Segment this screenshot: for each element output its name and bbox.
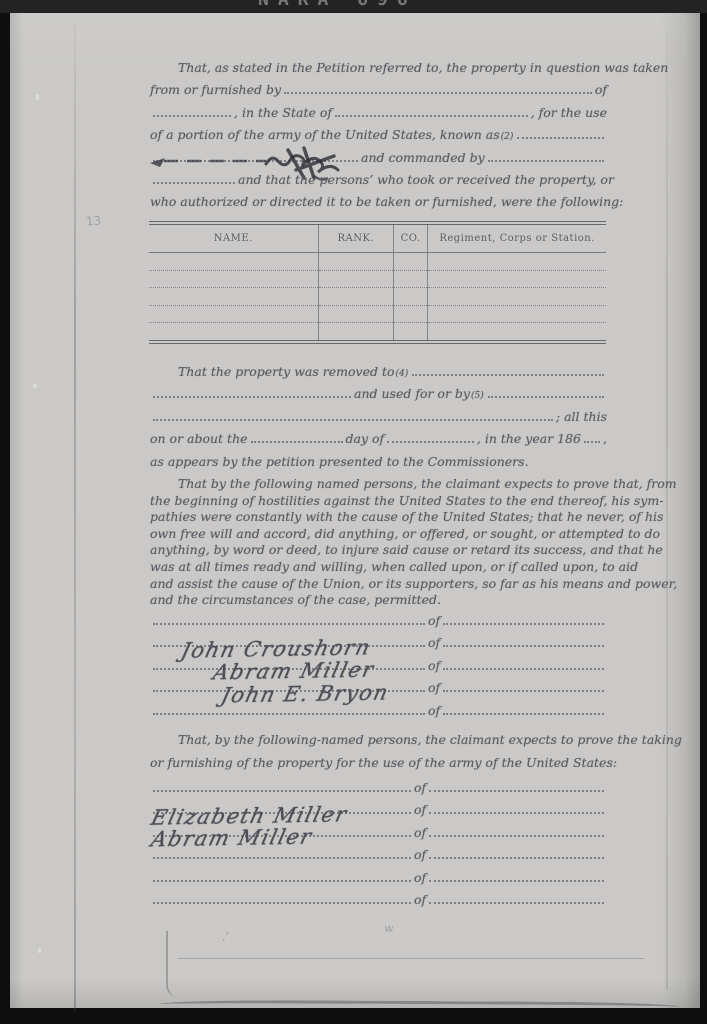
form-line: That, as stated in the Petition referred…: [150, 60, 607, 82]
blank-line: [251, 441, 343, 443]
loyalty-witness-list: of John Croushorn of Abram Miller of Joh…: [150, 613, 607, 725]
witness-line: of: [150, 780, 607, 802]
witness-line: of: [150, 870, 607, 892]
paragraph-property-taken: That, as stated in the Petition referred…: [150, 60, 607, 217]
printed-text: , for the use: [531, 105, 607, 120]
form-line: and assist the cause of the Union, or it…: [150, 576, 607, 593]
table-header-row: NAME. RANK. CO. Regiment, Corps or Stati…: [149, 223, 606, 253]
table-cell: [318, 323, 393, 342]
blank-line: [153, 645, 425, 647]
printed-text: of: [414, 825, 426, 840]
printed-text: and that the persons’ who took or receiv…: [238, 172, 614, 187]
blank-line: [443, 690, 604, 692]
blank-line: [153, 835, 411, 837]
form-line: and used for or by (5): [150, 386, 607, 408]
printed-text: and assist the cause of the Union, or it…: [150, 576, 677, 591]
table-cell: [318, 253, 393, 271]
microfilm-id-text: NARA 696: [258, 0, 417, 10]
paragraph-loyalty: That by the following named persons, the…: [150, 476, 607, 609]
printed-text: of a portion of the army of the United S…: [150, 127, 500, 142]
table-cell: [393, 323, 427, 342]
printed-text: of: [428, 680, 440, 695]
blank-line: [488, 160, 604, 162]
blank-line: [153, 623, 425, 625]
blank-line: [153, 790, 411, 792]
pencil-mark: w: [384, 922, 393, 935]
column-header-regiment: Regiment, Corps or Station.: [428, 223, 606, 253]
blank-line: [387, 441, 474, 443]
blank-line: [284, 92, 592, 94]
blank-line: [429, 790, 604, 792]
witness-line: John Croushorn of: [150, 635, 607, 657]
table-cell: [393, 305, 427, 323]
printed-text: or furnishing of the property for the us…: [150, 755, 617, 770]
form-line: own free will and accord, did anything, …: [150, 526, 607, 543]
table-row: [149, 270, 606, 288]
blank-line: [584, 441, 600, 443]
printed-text: of: [414, 802, 426, 817]
form-line: or furnishing of the property for the us…: [150, 755, 607, 778]
blank-line: [153, 396, 351, 398]
witness-line: John E. Bryon of: [150, 680, 607, 702]
footnote-ref: (2): [501, 132, 514, 142]
table-row: [149, 323, 606, 342]
blank-line: [429, 880, 604, 882]
table-cell: [149, 305, 318, 323]
witness-line: Elizabeth Miller of: [150, 802, 607, 824]
printed-text: who authorized or directed it to be take…: [150, 194, 623, 209]
form-line: as appears by the petition presented to …: [150, 454, 607, 476]
table-cell: [393, 253, 427, 271]
blank-line: [488, 396, 604, 398]
printed-text: on or about the: [150, 431, 248, 446]
form-line: pathies were constantly with the cause o…: [150, 509, 607, 526]
blank-line: [153, 812, 411, 814]
microfilm-header-band: NARA 696: [0, 0, 707, 13]
witness-line: of: [150, 613, 607, 635]
form-line: from or furnished by of: [150, 82, 607, 104]
column-header-name: NAME.: [149, 223, 318, 253]
printed-text: and commanded by: [361, 150, 485, 165]
table-cell: [318, 288, 393, 306]
table-cell: [428, 305, 606, 323]
table-row: [149, 288, 606, 306]
form-line: was at all times ready and willing, when…: [150, 559, 607, 576]
table-cell: [428, 323, 606, 342]
blank-line: [429, 812, 604, 814]
form-line: and that the persons’ who took or receiv…: [150, 172, 607, 194]
printed-text: day of: [346, 431, 385, 446]
witness-line: Abram Miller of: [150, 658, 607, 680]
page-corner-curve: [166, 931, 178, 997]
table-cell: [428, 270, 606, 288]
table-cell: [149, 288, 318, 306]
printed-text: as appears by the petition presented to …: [150, 454, 529, 469]
blank-line: [517, 137, 604, 139]
printed-text: of: [414, 847, 426, 862]
film-speck: [38, 948, 41, 953]
persons-table: NAME. RANK. CO. Regiment, Corps or Stati…: [149, 221, 606, 344]
printed-text: own free will and accord, did anything, …: [150, 526, 660, 541]
paragraph-property-removed: That the property was removed to (4) and…: [150, 364, 607, 476]
blank-line: [443, 713, 604, 715]
printed-text: of: [595, 82, 607, 97]
printed-text: of: [428, 635, 440, 650]
blank-line: [429, 857, 604, 859]
blank-line: [412, 374, 604, 376]
blank-line: [335, 115, 528, 117]
blank-line: [443, 623, 604, 625]
blank-line: [429, 902, 604, 904]
form-line: That the property was removed to (4): [150, 364, 607, 386]
column-header-co: CO.: [393, 223, 427, 253]
film-speck: [36, 94, 39, 100]
blank-line: [429, 835, 604, 837]
printed-text: and used for or by: [354, 386, 470, 401]
form-line: That, by the following-named persons, th…: [150, 732, 607, 755]
paragraph-taking-witnesses: That, by the following-named persons, th…: [150, 732, 607, 778]
printed-text: of: [428, 703, 440, 718]
margin-mark: 13: [86, 213, 102, 228]
table-cell: [149, 253, 318, 271]
taking-witness-list: of Elizabeth Miller of Abram Miller of o…: [150, 780, 607, 914]
page-crease-left: [74, 26, 76, 1011]
printed-text: the beginning of hostilities against the…: [150, 493, 663, 508]
witness-line: of: [150, 847, 607, 869]
blank-line: [153, 857, 411, 859]
blank-line: [153, 713, 425, 715]
witness-line: Abram Miller of: [150, 825, 607, 847]
blank-line: [153, 902, 411, 904]
blank-line: [153, 182, 235, 184]
table-cell: [318, 270, 393, 288]
printed-text: was at all times ready and willing, when…: [150, 559, 638, 574]
page-bottom-edge: [160, 1000, 680, 1012]
blank-line: [153, 115, 231, 117]
footnote-ref: (4): [396, 369, 409, 379]
printed-text: , in the State of: [234, 105, 332, 120]
witness-line: of: [150, 892, 607, 914]
printed-text: pathies were constantly with the cause o…: [150, 509, 663, 524]
table-row: [149, 253, 606, 271]
printed-text: That the property was removed to: [178, 364, 395, 379]
table-cell: [428, 288, 606, 306]
form-line: anything, by word or deed, to injure sai…: [150, 542, 607, 559]
blank-line: [443, 645, 604, 647]
form-line: ; all this: [150, 409, 607, 431]
faint-bottom-rule: [178, 958, 644, 959]
printed-text: That by the following named persons, the…: [178, 476, 677, 491]
blank-line: [153, 880, 411, 882]
printed-text: of: [428, 658, 440, 673]
form-line: , in the State of , for the use: [150, 105, 607, 127]
blank-line: [153, 690, 425, 692]
table-row: [149, 305, 606, 323]
printed-text: from or furnished by: [150, 82, 281, 97]
printed-text: That, by the following-named persons, th…: [178, 732, 682, 747]
table-cell: [318, 305, 393, 323]
printed-text: That, as stated in the Petition referred…: [178, 60, 668, 75]
printed-text: and the circumstances of the case, permi…: [150, 592, 441, 607]
form-line: and commanded by: [150, 150, 607, 172]
table-cell: [149, 270, 318, 288]
column-header-rank: RANK.: [318, 223, 393, 253]
form-line: who authorized or directed it to be take…: [150, 194, 607, 216]
printed-text: of: [414, 870, 426, 885]
scanned-document: NARA 696 13 w ,’ That, as stated in the …: [0, 0, 707, 1024]
blank-line: [443, 668, 604, 670]
form-line: and the circumstances of the case, permi…: [150, 592, 607, 609]
printed-text: of: [414, 780, 426, 795]
film-speck: [33, 384, 37, 388]
table-cell: [428, 253, 606, 271]
blank-line: [153, 419, 553, 421]
pencil-mark: ,’: [222, 930, 229, 943]
page-crease-right: [666, 29, 668, 989]
footnote-ref: (5): [471, 391, 484, 401]
printed-text: of: [414, 892, 426, 907]
form-line: the beginning of hostilities against the…: [150, 493, 607, 510]
table-cell: [393, 288, 427, 306]
form-line: That by the following named persons, the…: [150, 476, 607, 493]
printed-text: anything, by word or deed, to injure sai…: [150, 542, 663, 557]
form-line: on or about the day of , in the year 186…: [150, 431, 607, 453]
table-cell: [149, 323, 318, 342]
table-cell: [393, 270, 427, 288]
blank-line: [153, 668, 425, 670]
witness-line: of: [150, 703, 607, 725]
printed-text: ; all this: [556, 409, 607, 424]
printed-text: , in the year 186: [477, 431, 581, 446]
printed-text: ,: [603, 431, 607, 446]
printed-text: of: [428, 613, 440, 628]
